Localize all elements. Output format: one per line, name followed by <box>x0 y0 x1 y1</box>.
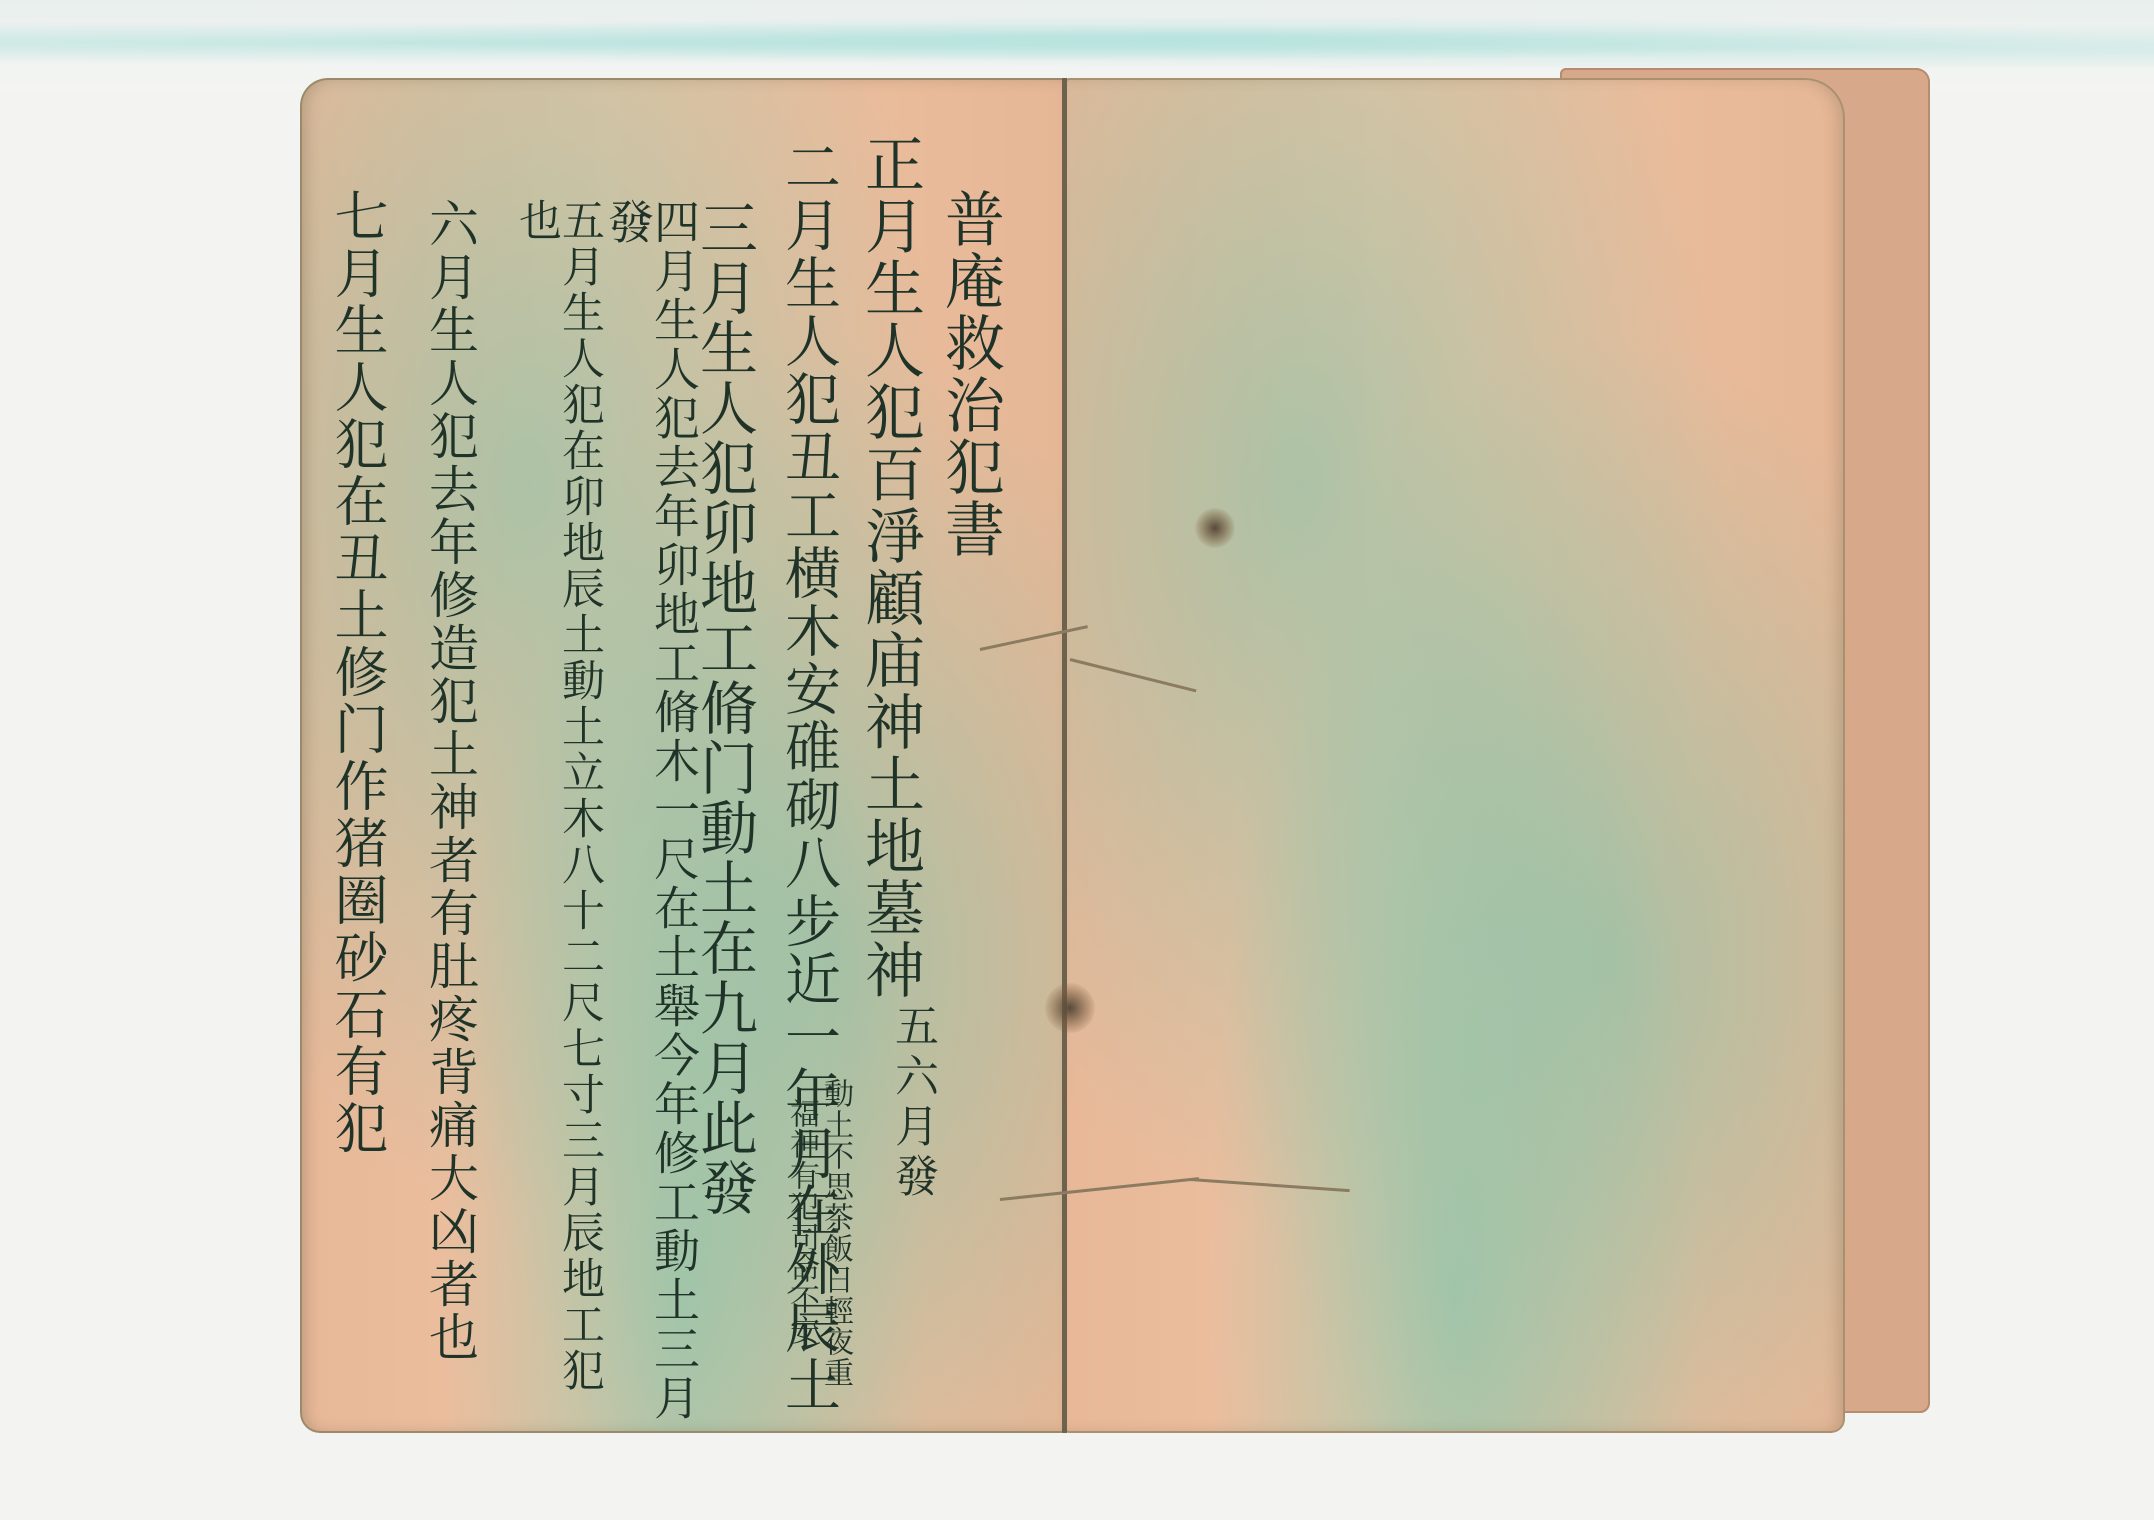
text-column-7: 七月生人犯在丑土修门作猪圈砂石有犯 <box>330 188 384 1157</box>
spine-stain <box>1045 983 1095 1033</box>
stain-spot <box>1195 508 1235 548</box>
text-column-1: 正月生人犯百淨顧庙神土地墓神 <box>860 133 920 1001</box>
text-column-2-note-right: 動土不思茶飯日輕夜重 <box>820 1078 850 1388</box>
text-column-4: 四月生人犯去年卯地工脩木一尺在土舉今年修工動土三月發 <box>605 198 697 1433</box>
left-page: 普庵救治犯書 正月生人犯百淨顧庙神土地墓神 二月生人犯丑工横木安碓砌八步近一年月… <box>300 78 1065 1433</box>
manuscript-book: 普庵救治犯書 正月生人犯百淨顧庙神土地墓神 二月生人犯丑工横木安碓砌八步近一年月… <box>300 78 1845 1433</box>
text-column-5: 五月生人犯在卯地辰土動土立木八十二尺七寸三月辰地工犯也 <box>515 198 601 1433</box>
manuscript-title: 普庵救治犯書 <box>940 188 1000 560</box>
book-spine <box>1062 78 1067 1433</box>
text-column-2-side-note: 五六月發 <box>890 1003 934 1203</box>
right-page <box>1065 78 1845 1433</box>
text-column-3: 三月生人犯卯地工脩门動土在九月此發 <box>695 198 753 1218</box>
text-column-2-note-left: 福神有犯司命不安 <box>786 1098 816 1346</box>
text-column-6: 六月生人犯去年修造犯土神者有肚疼背痛大凶者也 <box>425 198 475 1364</box>
